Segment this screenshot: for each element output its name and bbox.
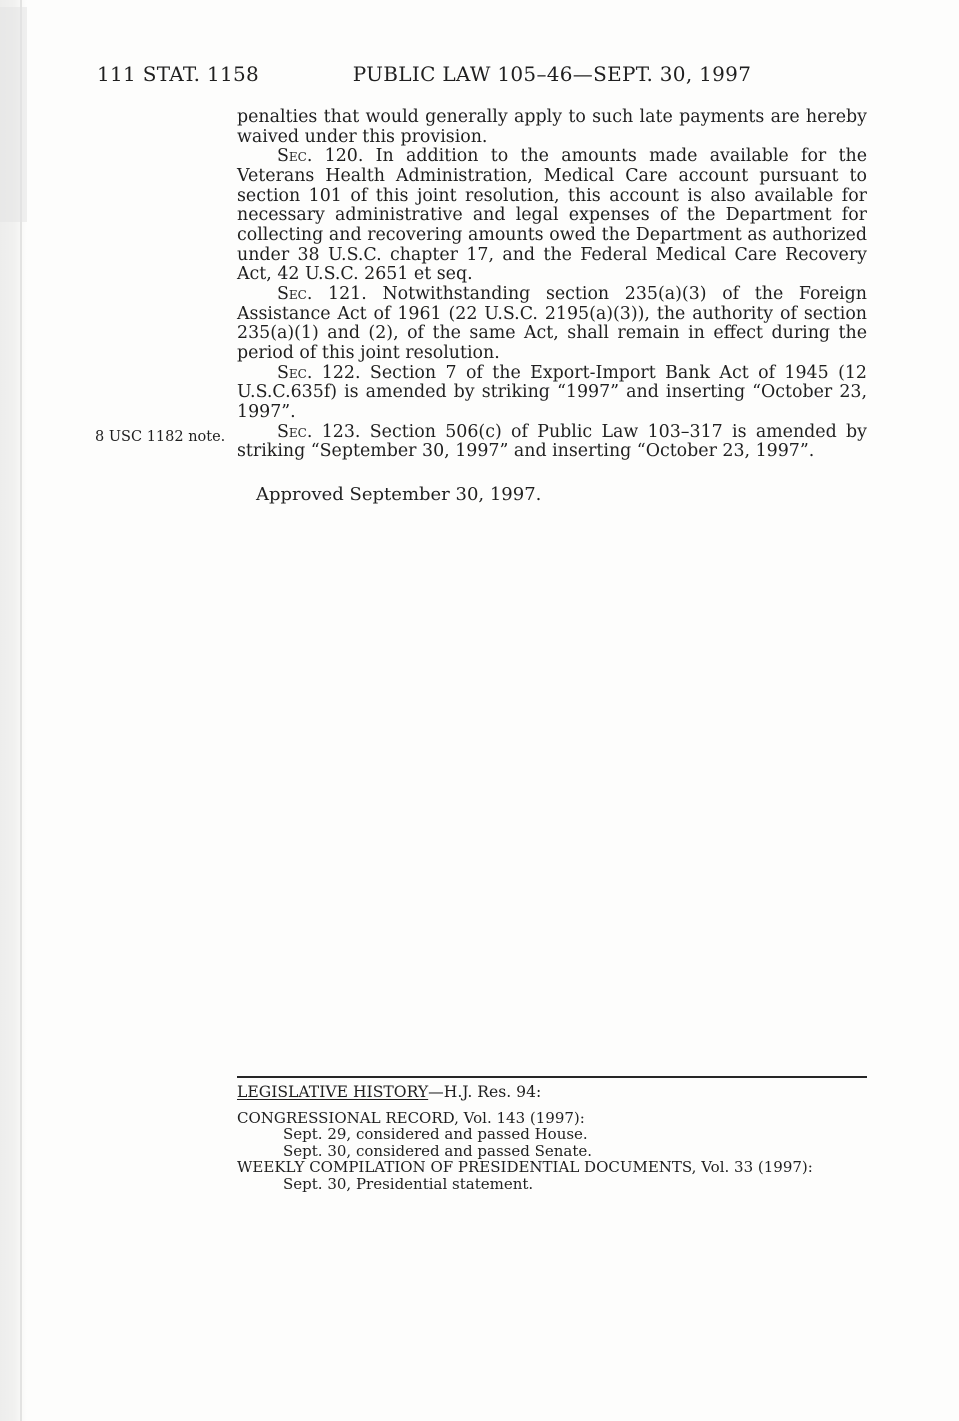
approved-date-line: Approved September 30, 1997. [256, 484, 541, 505]
history-entry-congressional-record: CONGRESSIONAL RECORD, Vol. 143 (1997): [237, 1110, 867, 1126]
section-text: In addition to the amounts made availabl… [237, 146, 867, 284]
history-entry-senate: Sept. 30, considered and passed Senate. [237, 1143, 867, 1159]
section-label: Sec. 122. [277, 363, 361, 383]
law-title-running-head: PUBLIC LAW 105–46—SEPT. 30, 1997 [237, 62, 867, 86]
legislative-history-entries: CONGRESSIONAL RECORD, Vol. 143 (1997): S… [237, 1110, 867, 1192]
horizontal-rule [237, 1076, 867, 1078]
legislative-history-heading: LEGISLATIVE HISTORY—H.J. Res. 94: [237, 1084, 867, 1101]
legislative-history-block: LEGISLATIVE HISTORY—H.J. Res. 94: CONGRE… [237, 1076, 867, 1192]
body-text-column: penalties that would generally apply to … [237, 108, 867, 462]
section-text: penalties that would generally apply to … [237, 107, 867, 147]
statute-page: 111 STAT. 1158 PUBLIC LAW 105–46—SEPT. 3… [0, 0, 959, 1421]
margin-note-usc-citation: 8 USC 1182 note. [95, 429, 225, 445]
section-label: Sec. 123. [277, 422, 360, 442]
history-entry-house: Sept. 29, considered and passed House. [237, 1126, 867, 1142]
paragraph-sec-123: Sec. 123. Section 506(c) of Public Law 1… [237, 423, 867, 462]
history-entry-presidential-statement: Sept. 30, Presidential statement. [237, 1176, 867, 1192]
page-header: 111 STAT. 1158 PUBLIC LAW 105–46—SEPT. 3… [0, 62, 959, 88]
paragraph-sec-121: Sec. 121. Notwithstanding section 235(a)… [237, 285, 867, 364]
stat-page-number: 111 STAT. 1158 [97, 62, 259, 86]
section-label: Sec. 120. [277, 146, 363, 166]
section-label: Sec. 121. [277, 284, 367, 304]
scan-edge-artifact-top [0, 7, 27, 222]
legislative-history-title: LEGISLATIVE HISTORY [237, 1083, 428, 1101]
paragraph-continuation: penalties that would generally apply to … [237, 108, 867, 147]
history-entry-weekly-compilation: WEEKLY COMPILATION OF PRESIDENTIAL DOCUM… [237, 1159, 867, 1175]
paragraph-sec-122: Sec. 122. Section 7 of the Export-Import… [237, 364, 867, 423]
legislative-history-resolution: —H.J. Res. 94: [428, 1083, 541, 1101]
paragraph-sec-120: Sec. 120. In addition to the amounts mad… [237, 147, 867, 285]
